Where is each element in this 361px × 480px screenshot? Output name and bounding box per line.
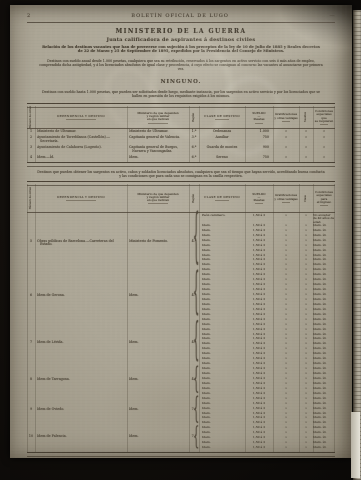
t2-cell-cond: Idem. íd.	[313, 436, 335, 439]
t2-dep-dep: Idem de Palencia.	[35, 435, 127, 439]
scanned-bulletin-photo: 2 BOLETÍN OFICIAL DE LUGO — MINISTERIO D…	[0, 0, 361, 480]
column-rule	[199, 184, 200, 452]
t1-cell-grat: »	[273, 156, 299, 160]
t2-dep-dep: Obras públicas de Barcelona.—Carreteras …	[35, 240, 127, 248]
column-rule	[35, 106, 36, 162]
t2-cell-clase: Peón caminero.	[199, 214, 245, 217]
t1-cell-clase: Ordenanza	[199, 130, 245, 134]
book-fore-edge-light	[351, 412, 360, 478]
t2-cell-cls: »	[299, 362, 313, 365]
t1-cell-cond: »	[313, 136, 335, 140]
table2-detail-lines: Peón caminero.1,50 á 2»»No exceder de 40…	[199, 214, 335, 451]
dependencia-row: 9Idem de Oviedo.Idem.7.º	[27, 408, 199, 412]
t2-cell-grat: »	[273, 249, 299, 252]
t2-col-ministerio: Ministerio de que dependen y región mili…	[127, 192, 189, 205]
t2-cell-clase: Idem.	[199, 278, 245, 281]
t2-cell-sue: 1,50 á 2	[245, 234, 273, 237]
t2-cell-sue: 1,50 á 2	[245, 397, 273, 400]
t1-cell-cond: »	[313, 156, 335, 160]
t2-cell-cls: »	[299, 268, 313, 271]
t2-cell-grat: »	[273, 426, 299, 429]
t2-cell-cls: »	[299, 254, 313, 257]
t2-cell-sue: 1,50 á 2	[245, 392, 273, 395]
t1-cell-dep: Idem.—Íd.	[35, 156, 127, 160]
t2-cell-cond: Idem. íd.	[313, 402, 335, 405]
t2-cell-grat: »	[273, 258, 299, 261]
table2-header: Número de orden DEPENDENCIA Y DESTINO Mi…	[27, 184, 335, 212]
t2-cell-cls: »	[299, 407, 313, 410]
t2-dep-dep: Idem de Gerona.	[35, 294, 127, 298]
column-rule	[273, 184, 274, 452]
t1-cell-clase: Auxiliar	[199, 136, 245, 140]
t2-cell-clase: Idem.	[199, 372, 245, 375]
t2-cell-sue: 1,50 á 2	[245, 402, 273, 405]
t2-cell-cond: Idem. íd.	[313, 293, 335, 296]
t1-cell-min: Capitanía general de Valencia.	[127, 136, 189, 140]
t2-cell-sue: 1,50 á 2	[245, 293, 273, 296]
t1-col-region: Región	[192, 113, 195, 122]
t2-cell-cond: Idem. íd.	[313, 387, 335, 390]
t2-cell-cond: Idem. íd.	[313, 283, 335, 286]
t2-cell-sue: 1,50 á 2	[245, 357, 273, 360]
t2-cell-grat: »	[273, 416, 299, 419]
t2-cell-sue: 1,50 á 2	[245, 318, 273, 321]
t2-cell-cls: »	[299, 249, 313, 252]
t2-cell-cond: Idem. íd.	[313, 392, 335, 395]
t1-cell-cond: »	[313, 146, 335, 150]
t2-cell-clase: Idem.	[199, 293, 245, 296]
t2-cell-cls: »	[299, 387, 313, 390]
table2-header-rule	[27, 212, 335, 213]
t2-cell-cond: Idem. íd.	[313, 298, 335, 301]
t2-cell-clase: Idem.	[199, 328, 245, 331]
t1-cell-clase: Sereno	[199, 156, 245, 160]
t1-cell-cls: »	[299, 156, 313, 160]
t1-col-sueldo: SUELDO — Pesetas	[245, 111, 273, 124]
t1-col-sueldos: Sueldos	[304, 112, 307, 122]
t2-cell-grat: »	[273, 244, 299, 247]
column-rule	[313, 184, 314, 452]
t2-cell-clase: Idem.	[199, 407, 245, 410]
t2-cell-sue: 1,50 á 2	[245, 278, 273, 281]
t2-cell-cls: »	[299, 352, 313, 355]
t2-cell-grat: »	[273, 254, 299, 257]
column-rule	[127, 184, 128, 452]
t2-cell-cond: Idem. íd.	[313, 234, 335, 237]
table-row: 2Ayuntamiento de Torreblanca (Castellón)…	[27, 136, 335, 144]
t2-col-sueldo: SUELDO — Pesetas	[245, 192, 273, 205]
t1-cell-min: Ministerio de Ultramar.	[127, 130, 189, 134]
table-row: 1Ministerio de Ultramar.Ministerio de Ul…	[27, 130, 335, 134]
column-rule	[189, 184, 190, 452]
junta-subheading: Junta calificadora de aspirantes á desti…	[27, 37, 335, 43]
ninguno-heading: NINGUNO.	[27, 79, 335, 85]
t1-col-condiciones: Condiciones especiales que se requieren	[313, 109, 335, 125]
t2-cell-cls: »	[299, 278, 313, 281]
t2-cell-sue: 1,50 á 2	[245, 362, 273, 365]
column-rule	[245, 106, 246, 162]
t2-cell-cond: Idem. íd.	[313, 278, 335, 281]
t2-cell-sue: 1,50 á 2	[245, 407, 273, 410]
t2-cell-grat: »	[273, 313, 299, 316]
t2-cell-cond: Idem. íd.	[313, 288, 335, 291]
t2-cell-cond: Idem. íd.	[313, 441, 335, 444]
t2-cell-grat: »	[273, 357, 299, 360]
t2-cell-clase: Idem.	[199, 288, 245, 291]
ministry-heading: MINISTERIO DE LA GUERRA	[27, 28, 335, 35]
column-rule	[127, 106, 128, 162]
t2-dep-num: 8	[27, 378, 35, 382]
t2-cell-cls: »	[299, 402, 313, 405]
t2-cell-grat: »	[273, 446, 299, 449]
table1-bottom-rule	[27, 162, 335, 167]
t2-dep-min: Idem.	[127, 408, 189, 412]
vacancies-table-second: Número de orden DEPENDENCIA Y DESTINO Mi…	[27, 181, 335, 455]
t1-cell-sue: 1.000	[245, 130, 273, 134]
t1-cell-reg: 6.º	[189, 146, 199, 150]
first-note-paragraph: Destinos con sueldo anual desde 1.000 pe…	[27, 59, 335, 71]
t1-col-clase: CLASE DE DESTINO	[199, 114, 245, 120]
t2-cell-clase: Idem.	[199, 382, 245, 385]
t2-cell-cls: »	[299, 367, 313, 370]
t2-cell-cond: Idem. íd.	[313, 397, 335, 400]
t2-cell-sue: 1,50 á 2	[245, 367, 273, 370]
header-rule	[27, 22, 335, 23]
t2-cell-grat: »	[273, 283, 299, 286]
t2-cell-cls: »	[299, 347, 313, 350]
t2-cell-cls: »	[299, 431, 313, 434]
column-rule	[334, 106, 335, 162]
t2-cell-grat: »	[273, 273, 299, 276]
t2-cell-clase: Idem.	[199, 392, 245, 395]
t2-cell-clase: Idem.	[199, 298, 245, 301]
t2-cell-cls: »	[299, 333, 313, 336]
t2-cell-cond: Idem. íd.	[313, 357, 335, 360]
t2-cell-cond: Idem. íd.	[313, 382, 335, 385]
t2-cell-cls: »	[299, 303, 313, 306]
t2-cell-clase: Idem.	[199, 441, 245, 444]
t2-cell-grat: »	[273, 431, 299, 434]
column-rule	[245, 184, 246, 452]
t2-cell-sue: 1,50 á 2	[245, 323, 273, 326]
t1-cell-num: 1	[27, 130, 35, 134]
page-edges-texture	[353, 10, 361, 480]
t1-cell-min: Idem.	[127, 156, 189, 160]
table1-header: Número de orden DEPENDENCIA Y DESTINO Mi…	[27, 106, 335, 128]
t2-cell-sue: 1,50 á 2	[245, 382, 273, 385]
running-header: 2 BOLETÍN OFICIAL DE LUGO —	[27, 13, 335, 19]
t2-cell-cls: »	[299, 313, 313, 316]
table2-bottom-rule	[27, 452, 335, 457]
t2-cell-cond: Idem. íd.	[313, 224, 335, 227]
t2-col-num: Número de orden	[29, 187, 32, 209]
t1-cell-dep: Ayuntamiento de Torreblanca (Castellón).…	[35, 136, 127, 144]
t2-cell-sue: 1,50 á 2	[245, 298, 273, 301]
t2-cell-sue: 1,50 á 2	[245, 313, 273, 316]
t2-cell-clase: Idem.	[199, 234, 245, 237]
t2-cell-cls: »	[299, 298, 313, 301]
dependencia-row: 8Idem de Tarragona.Idem.4.º	[27, 378, 199, 382]
t2-dep-num: 6	[27, 294, 35, 298]
t2-col-dependencia: DEPENDENCIA Y DESTINO	[35, 195, 127, 201]
t2-cell-grat: »	[273, 441, 299, 444]
book-fore-edge	[353, 10, 361, 480]
t2-dep-dep: Idem de Tarragona.	[35, 378, 127, 382]
t1-cell-sue: 750	[245, 156, 273, 160]
t2-cell-clase: Idem.	[199, 224, 245, 227]
t2-cell-sue: 1,50 á 2	[245, 308, 273, 311]
t2-cell-clase: Idem.	[199, 313, 245, 316]
t2-dep-dep: Idem de Oviedo.	[35, 408, 127, 412]
t2-cell-clase: Idem.	[199, 387, 245, 390]
t2-dep-num: 5	[27, 240, 35, 244]
t2-cell-cond: Idem. íd.	[313, 367, 335, 370]
t2-cell-grat: »	[273, 392, 299, 395]
t2-cell-clase: Idem.	[199, 239, 245, 242]
column-rule	[199, 106, 200, 162]
t2-cell-grat: »	[273, 347, 299, 350]
t2-cell-cls: »	[299, 283, 313, 286]
t2-cell-clase: Idem.	[199, 303, 245, 306]
t2-cell-sue: 1,50 á 2	[245, 387, 273, 390]
t2-cell-grat: »	[273, 318, 299, 321]
t2-cell-sue: 1,50 á 2	[245, 244, 273, 247]
t2-cell-grat: »	[273, 436, 299, 439]
t2-cell-grat: »	[273, 362, 299, 365]
t2-cell-cond: Idem. íd.	[313, 229, 335, 232]
t2-cell-clase: Idem.	[199, 377, 245, 380]
t2-cell-sue: 1,50 á 2	[245, 377, 273, 380]
t1-cell-grat: »	[273, 146, 299, 150]
t2-cell-grat: »	[273, 308, 299, 311]
t2-cell-clase: Idem.	[199, 436, 245, 439]
t2-cell-cls: »	[299, 392, 313, 395]
second-note-paragraph: Destinos con sueldo hasta 1.000 pesetas,…	[27, 90, 335, 98]
t2-cell-cls: »	[299, 244, 313, 247]
t1-cell-num: 2	[27, 136, 35, 140]
t2-cell-grat: »	[273, 412, 299, 415]
t2-cell-grat: »	[273, 214, 299, 217]
t2-cell-grat: »	[273, 323, 299, 326]
t2-dep-min: Idem.	[127, 435, 189, 439]
t1-cell-dep: Ayuntamiento de Calahorra (Logroño).	[35, 146, 127, 150]
t2-dep-min: Idem.	[127, 341, 189, 345]
t2-cell-sue: 1,50 á 2	[245, 229, 273, 232]
column-rule	[299, 106, 300, 162]
t2-cell-cond: Idem. íd.	[313, 446, 335, 449]
column-rule	[27, 106, 28, 162]
t1-cell-cls: »	[299, 130, 313, 134]
t2-cell-sue: 1,50 á 2	[245, 303, 273, 306]
t2-cell-clase: Idem.	[199, 244, 245, 247]
column-rule	[334, 184, 335, 452]
t1-cell-grat: »	[273, 130, 299, 134]
t2-cell-cls: »	[299, 357, 313, 360]
t2-dep-num: 10	[27, 435, 35, 439]
t2-col-clase: CLASE DE DESTINO	[199, 195, 245, 201]
t1-cell-reg: 1.º	[189, 130, 199, 134]
t2-cell-grat: »	[273, 421, 299, 424]
t2-cell-sue: 1,50 á 2	[245, 436, 273, 439]
t2-cell-grat: »	[273, 224, 299, 227]
t1-cell-min: Capitanía general de Burgos, Navarra y V…	[127, 146, 189, 154]
t1-cell-reg: 6.º	[189, 156, 199, 160]
t2-cell-cls: »	[299, 328, 313, 331]
t2-cell-cond: Idem. íd.	[313, 318, 335, 321]
t2-cell-sue: 1,50 á 2	[245, 441, 273, 444]
t2-cell-grat: »	[273, 367, 299, 370]
t2-cell-grat: »	[273, 278, 299, 281]
table-row: 3Ayuntamiento de Calahorra (Logroño).Cap…	[27, 146, 335, 154]
t2-cell-clase: Idem.	[199, 283, 245, 286]
t2-cell-grat: »	[273, 268, 299, 271]
t2-cell-grat: »	[273, 263, 299, 266]
t2-cell-cls: »	[299, 337, 313, 340]
t2-cell-cls: »	[299, 397, 313, 400]
t2-cell-sue: 1,50 á 2	[245, 446, 273, 449]
t1-cell-dep: Ministerio de Ultramar.	[35, 130, 127, 134]
dependencia-row: 5Obras públicas de Barcelona.—Carreteras…	[27, 240, 199, 248]
t2-cell-cls: »	[299, 372, 313, 375]
t2-cell-cls: »	[299, 318, 313, 321]
t2-cell-grat: »	[273, 328, 299, 331]
table1-rows: 1Ministerio de Ultramar.Ministerio de Ul…	[27, 130, 335, 163]
t2-cell-grat: »	[273, 337, 299, 340]
t2-cell-cls: »	[299, 224, 313, 227]
t2-cell-cond: Idem. íd.	[313, 362, 335, 365]
t2-cell-clase: Idem.	[199, 362, 245, 365]
t1-col-num: Número de orden	[29, 106, 32, 128]
t2-cell-cond: Idem. íd.	[313, 313, 335, 316]
relacion-paragraph: Relación de los destinos vacantes que ha…	[27, 45, 335, 54]
column-rule	[299, 184, 300, 452]
t2-cell-clase: Idem.	[199, 357, 245, 360]
detail-line: Idem.1,50 á 2»»Idem. íd.	[199, 446, 335, 451]
t1-cell-sue: 750	[245, 136, 273, 140]
t2-cell-cls: »	[299, 377, 313, 380]
t2-cell-cls: »	[299, 412, 313, 415]
t2-cell-grat: »	[273, 293, 299, 296]
t2-dep-num: 7	[27, 341, 35, 345]
t1-cell-sue: 900	[245, 146, 273, 150]
t2-dep-min: Ministerio de Fomento.	[127, 240, 189, 244]
page-content: 2 BOLETÍN OFICIAL DE LUGO — MINISTERIO D…	[27, 5, 335, 458]
t2-cell-cls: »	[299, 234, 313, 237]
t2-cell-cls: »	[299, 263, 313, 266]
table2-body: Peón caminero.1,50 á 2»»No exceder de 40…	[27, 214, 335, 452]
t1-cell-cls: »	[299, 146, 313, 150]
t2-col-region: Región	[192, 194, 195, 203]
t2-cell-grat: »	[273, 303, 299, 306]
t2-cell-cls: »	[299, 293, 313, 296]
t2-cell-cls: »	[299, 214, 313, 217]
t2-cell-clase: Idem.	[199, 318, 245, 321]
t2-cell-cls: »	[299, 342, 313, 345]
t2-cell-cond: Idem. íd.	[313, 407, 335, 410]
between-tables-note: Destinos que pueden obtener los sargento…	[27, 170, 335, 178]
header-dash: —	[330, 13, 335, 19]
t2-cell-cls: »	[299, 441, 313, 444]
t2-cell-sue: 1,50 á 2	[245, 224, 273, 227]
dependencia-row: 6Idem de Gerona.Idem.4.º	[27, 294, 199, 298]
t2-cell-grat: »	[273, 387, 299, 390]
t2-cell-cls: »	[299, 273, 313, 276]
dependencia-row: 7Idem de Lérida.Idem.4.º	[27, 341, 199, 345]
column-rule	[273, 106, 274, 162]
t2-cell-sue: 1,50 á 2	[245, 328, 273, 331]
t2-cell-cls: »	[299, 258, 313, 261]
t2-cell-grat: »	[273, 407, 299, 410]
t2-col-condiciones: Condiciones especiales para el ingreso	[313, 190, 335, 206]
t2-cell-clase: Idem.	[199, 249, 245, 252]
t2-cell-clase: Idem.	[199, 397, 245, 400]
t2-cell-cls: »	[299, 382, 313, 385]
t2-cell-cond: Idem. íd.	[313, 328, 335, 331]
t1-cell-num: 3	[27, 146, 35, 150]
t2-cell-cls: »	[299, 436, 313, 439]
t2-cell-sue: 1,50 á 2	[245, 249, 273, 252]
t2-col-gratificaciones: Gratificaciones y otras ventajas	[273, 193, 299, 203]
t2-cell-cond: Idem. íd.	[313, 249, 335, 252]
t1-cell-cond: »	[313, 130, 335, 134]
t2-cell-clase: Idem.	[199, 446, 245, 449]
t1-col-gratificaciones: Gratificaciones y otras ventajas	[273, 112, 299, 122]
column-rule	[189, 106, 190, 162]
t2-cell-clase: Idem.	[199, 402, 245, 405]
t2-cell-grat: »	[273, 402, 299, 405]
t1-cell-num: 4	[27, 156, 35, 160]
t2-cell-sue: 1,50 á 2	[245, 283, 273, 286]
t2-cell-grat: »	[273, 234, 299, 237]
t2-cell-grat: »	[273, 377, 299, 380]
t2-cell-grat: »	[273, 397, 299, 400]
t2-cell-grat: »	[273, 229, 299, 232]
publication-title: BOLETÍN OFICIAL DE LUGO	[31, 13, 330, 19]
t2-dep-min: Idem.	[127, 294, 189, 298]
dependencia-row: 10Idem de Palencia.Idem.7.º	[27, 435, 199, 439]
t1-cell-reg: 3.º	[189, 136, 199, 140]
t2-cell-cond: Idem. íd.	[313, 372, 335, 375]
t1-col-dependencia: DEPENDENCIA Y DESTINO	[35, 114, 127, 120]
t2-cell-cond: Idem. íd.	[313, 377, 335, 380]
t2-cell-clase: Idem.	[199, 367, 245, 370]
t2-cell-cls: »	[299, 229, 313, 232]
t2-cell-cls: »	[299, 446, 313, 449]
t2-cell-cls: »	[299, 308, 313, 311]
t2-cell-sue: 1,50 á 2	[245, 288, 273, 291]
t2-cell-cls: »	[299, 323, 313, 326]
t2-cell-cond: Idem. íd.	[313, 239, 335, 242]
t2-cell-cls: »	[299, 426, 313, 429]
t2-cell-grat: »	[273, 352, 299, 355]
t2-cell-cls: »	[299, 421, 313, 424]
t1-col-ministerio: Ministerio de que dependen y región mili…	[127, 111, 189, 124]
t2-cell-sue: 1,50 á 2	[245, 214, 273, 217]
t2-cell-cond: Idem. íd.	[313, 303, 335, 306]
table-row: 4Idem.—Íd.Idem.6.ºSereno750»»»	[27, 156, 335, 160]
t1-cell-clase: Guarda de montes	[199, 146, 245, 150]
t2-cell-clase: Idem.	[199, 323, 245, 326]
t2-cell-cond: Idem. íd.	[313, 308, 335, 311]
t2-cell-grat: »	[273, 298, 299, 301]
vacancies-table-first: Número de orden DEPENDENCIA Y DESTINO Mi…	[27, 103, 335, 165]
t2-cell-grat: »	[273, 342, 299, 345]
t2-cell-grat: »	[273, 372, 299, 375]
t2-cell-grat: »	[273, 382, 299, 385]
t2-dep-dep: Idem de Lérida.	[35, 341, 127, 345]
t2-cell-cls: »	[299, 416, 313, 419]
t1-cell-grat: »	[273, 136, 299, 140]
